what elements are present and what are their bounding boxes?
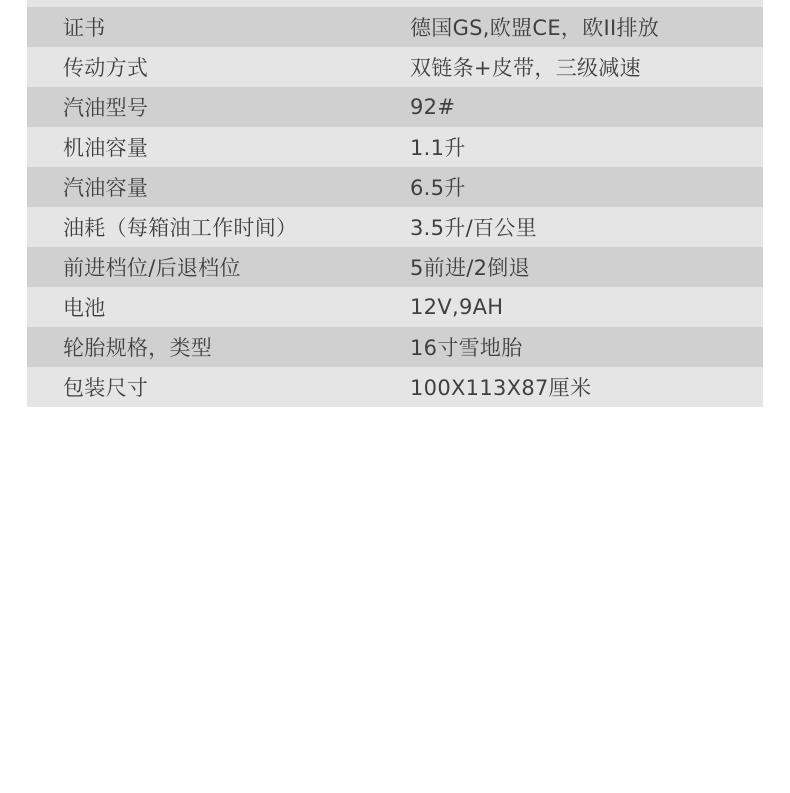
- product-spec-table: 证书 德国GS,欧盟CE，欧II排放 传动方式 双链条+皮带，三级减速 汽油型号…: [27, 0, 763, 407]
- spec-value: 德国GS,欧盟CE，欧II排放: [410, 12, 763, 42]
- spec-label: 机油容量: [27, 132, 410, 162]
- spec-label: 包装尺寸: [27, 372, 410, 402]
- spec-label: 电池: [27, 292, 410, 322]
- spec-label: 汽油容量: [27, 172, 410, 202]
- spec-value: 6.5升: [410, 172, 763, 202]
- spec-row-fuel-consumption: 油耗（每箱油工作时间） 3.5升/百公里: [27, 207, 763, 247]
- spec-label: 油耗（每箱油工作时间）: [27, 212, 410, 242]
- spec-row-battery: 电池 12V,9AH: [27, 287, 763, 327]
- spec-value: 5前进/2倒退: [410, 252, 763, 282]
- spec-row-package-size: 包装尺寸 100X113X87厘米: [27, 367, 763, 407]
- spec-label: 前进档位/后退档位: [27, 252, 410, 282]
- spec-label: 证书: [27, 12, 410, 42]
- spec-label: 传动方式: [27, 52, 410, 82]
- spec-label: 轮胎规格，类型: [27, 332, 410, 362]
- spec-value: 12V,9AH: [410, 295, 763, 319]
- spec-value: 16寸雪地胎: [410, 332, 763, 362]
- spec-row-transmission: 传动方式 双链条+皮带，三级减速: [27, 47, 763, 87]
- spec-value: 双链条+皮带，三级减速: [410, 52, 763, 82]
- spec-row-gears: 前进档位/后退档位 5前进/2倒退: [27, 247, 763, 287]
- spec-value: 1.1升: [410, 132, 763, 162]
- spec-row-oil-capacity: 机油容量 1.1升: [27, 127, 763, 167]
- partial-top-row: [27, 0, 763, 7]
- spec-value: 3.5升/百公里: [410, 212, 763, 242]
- spec-row-gasoline-type: 汽油型号 92#: [27, 87, 763, 127]
- spec-label: 汽油型号: [27, 92, 410, 122]
- spec-row-gasoline-capacity: 汽油容量 6.5升: [27, 167, 763, 207]
- spec-row-certificate: 证书 德国GS,欧盟CE，欧II排放: [27, 7, 763, 47]
- spec-value: 92#: [410, 95, 763, 119]
- spec-value: 100X113X87厘米: [410, 372, 763, 402]
- spec-row-tire-spec: 轮胎规格，类型 16寸雪地胎: [27, 327, 763, 367]
